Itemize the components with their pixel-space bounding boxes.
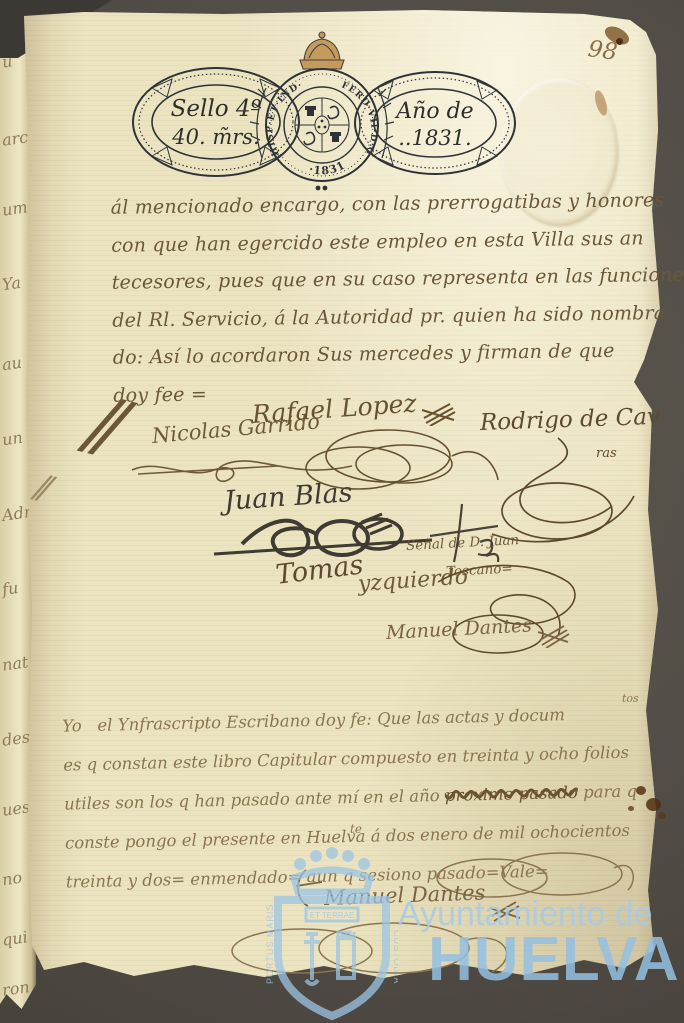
stamp-year-text: ..1831. xyxy=(398,126,471,150)
margin-fragment: fu xyxy=(1,578,20,599)
line-start: utiles son los q han pasado ante mí en e… xyxy=(64,786,445,814)
manuscript-line: do: Así lo acordaron Sus mercedes y firm… xyxy=(113,332,653,377)
margin-fragment: nat xyxy=(1,652,30,674)
insertion-mark: te xyxy=(350,822,362,836)
scanned-document-photo: u arc um Ya au un Adr fu nat des ues no … xyxy=(0,0,684,1023)
coat-of-arms xyxy=(295,98,349,152)
signature-paraph xyxy=(536,620,572,648)
margin-fragment: un xyxy=(1,428,24,450)
margin-fragment: ron xyxy=(1,977,31,1000)
superscript-tos: tos xyxy=(622,692,639,705)
signature-flourish xyxy=(222,916,522,986)
stamp-ano-text: Año de xyxy=(394,99,473,124)
margin-fragment: arc xyxy=(1,127,30,149)
margin-fragment: des xyxy=(1,727,31,750)
signature-rubric xyxy=(292,868,326,910)
manuscript-body: ál mencionado encargo, con las prerrogat… xyxy=(110,182,653,415)
line-end: para q xyxy=(578,782,638,802)
ink-stain xyxy=(658,812,666,819)
margin-fragment: au xyxy=(1,353,23,375)
ink-stain xyxy=(636,786,646,795)
stamp-center-seal: HISP·ET·IND·R FERD·VII·D·G ·1831· xyxy=(246,28,398,198)
margin-fragment: ues xyxy=(1,797,31,820)
ink-stain xyxy=(646,798,661,811)
struck-text: proximo pasado xyxy=(445,783,578,805)
margin-fragment: no xyxy=(1,868,23,890)
margin-fragment: um xyxy=(1,197,29,219)
margin-fragment: Ya xyxy=(1,273,22,294)
ink-stain xyxy=(628,806,634,811)
crown-icon xyxy=(300,32,344,69)
signature-paraph xyxy=(420,398,458,426)
margin-fragment: qui xyxy=(1,927,29,949)
margin-fragment: Adr xyxy=(1,502,33,525)
ink-stain xyxy=(616,38,623,45)
